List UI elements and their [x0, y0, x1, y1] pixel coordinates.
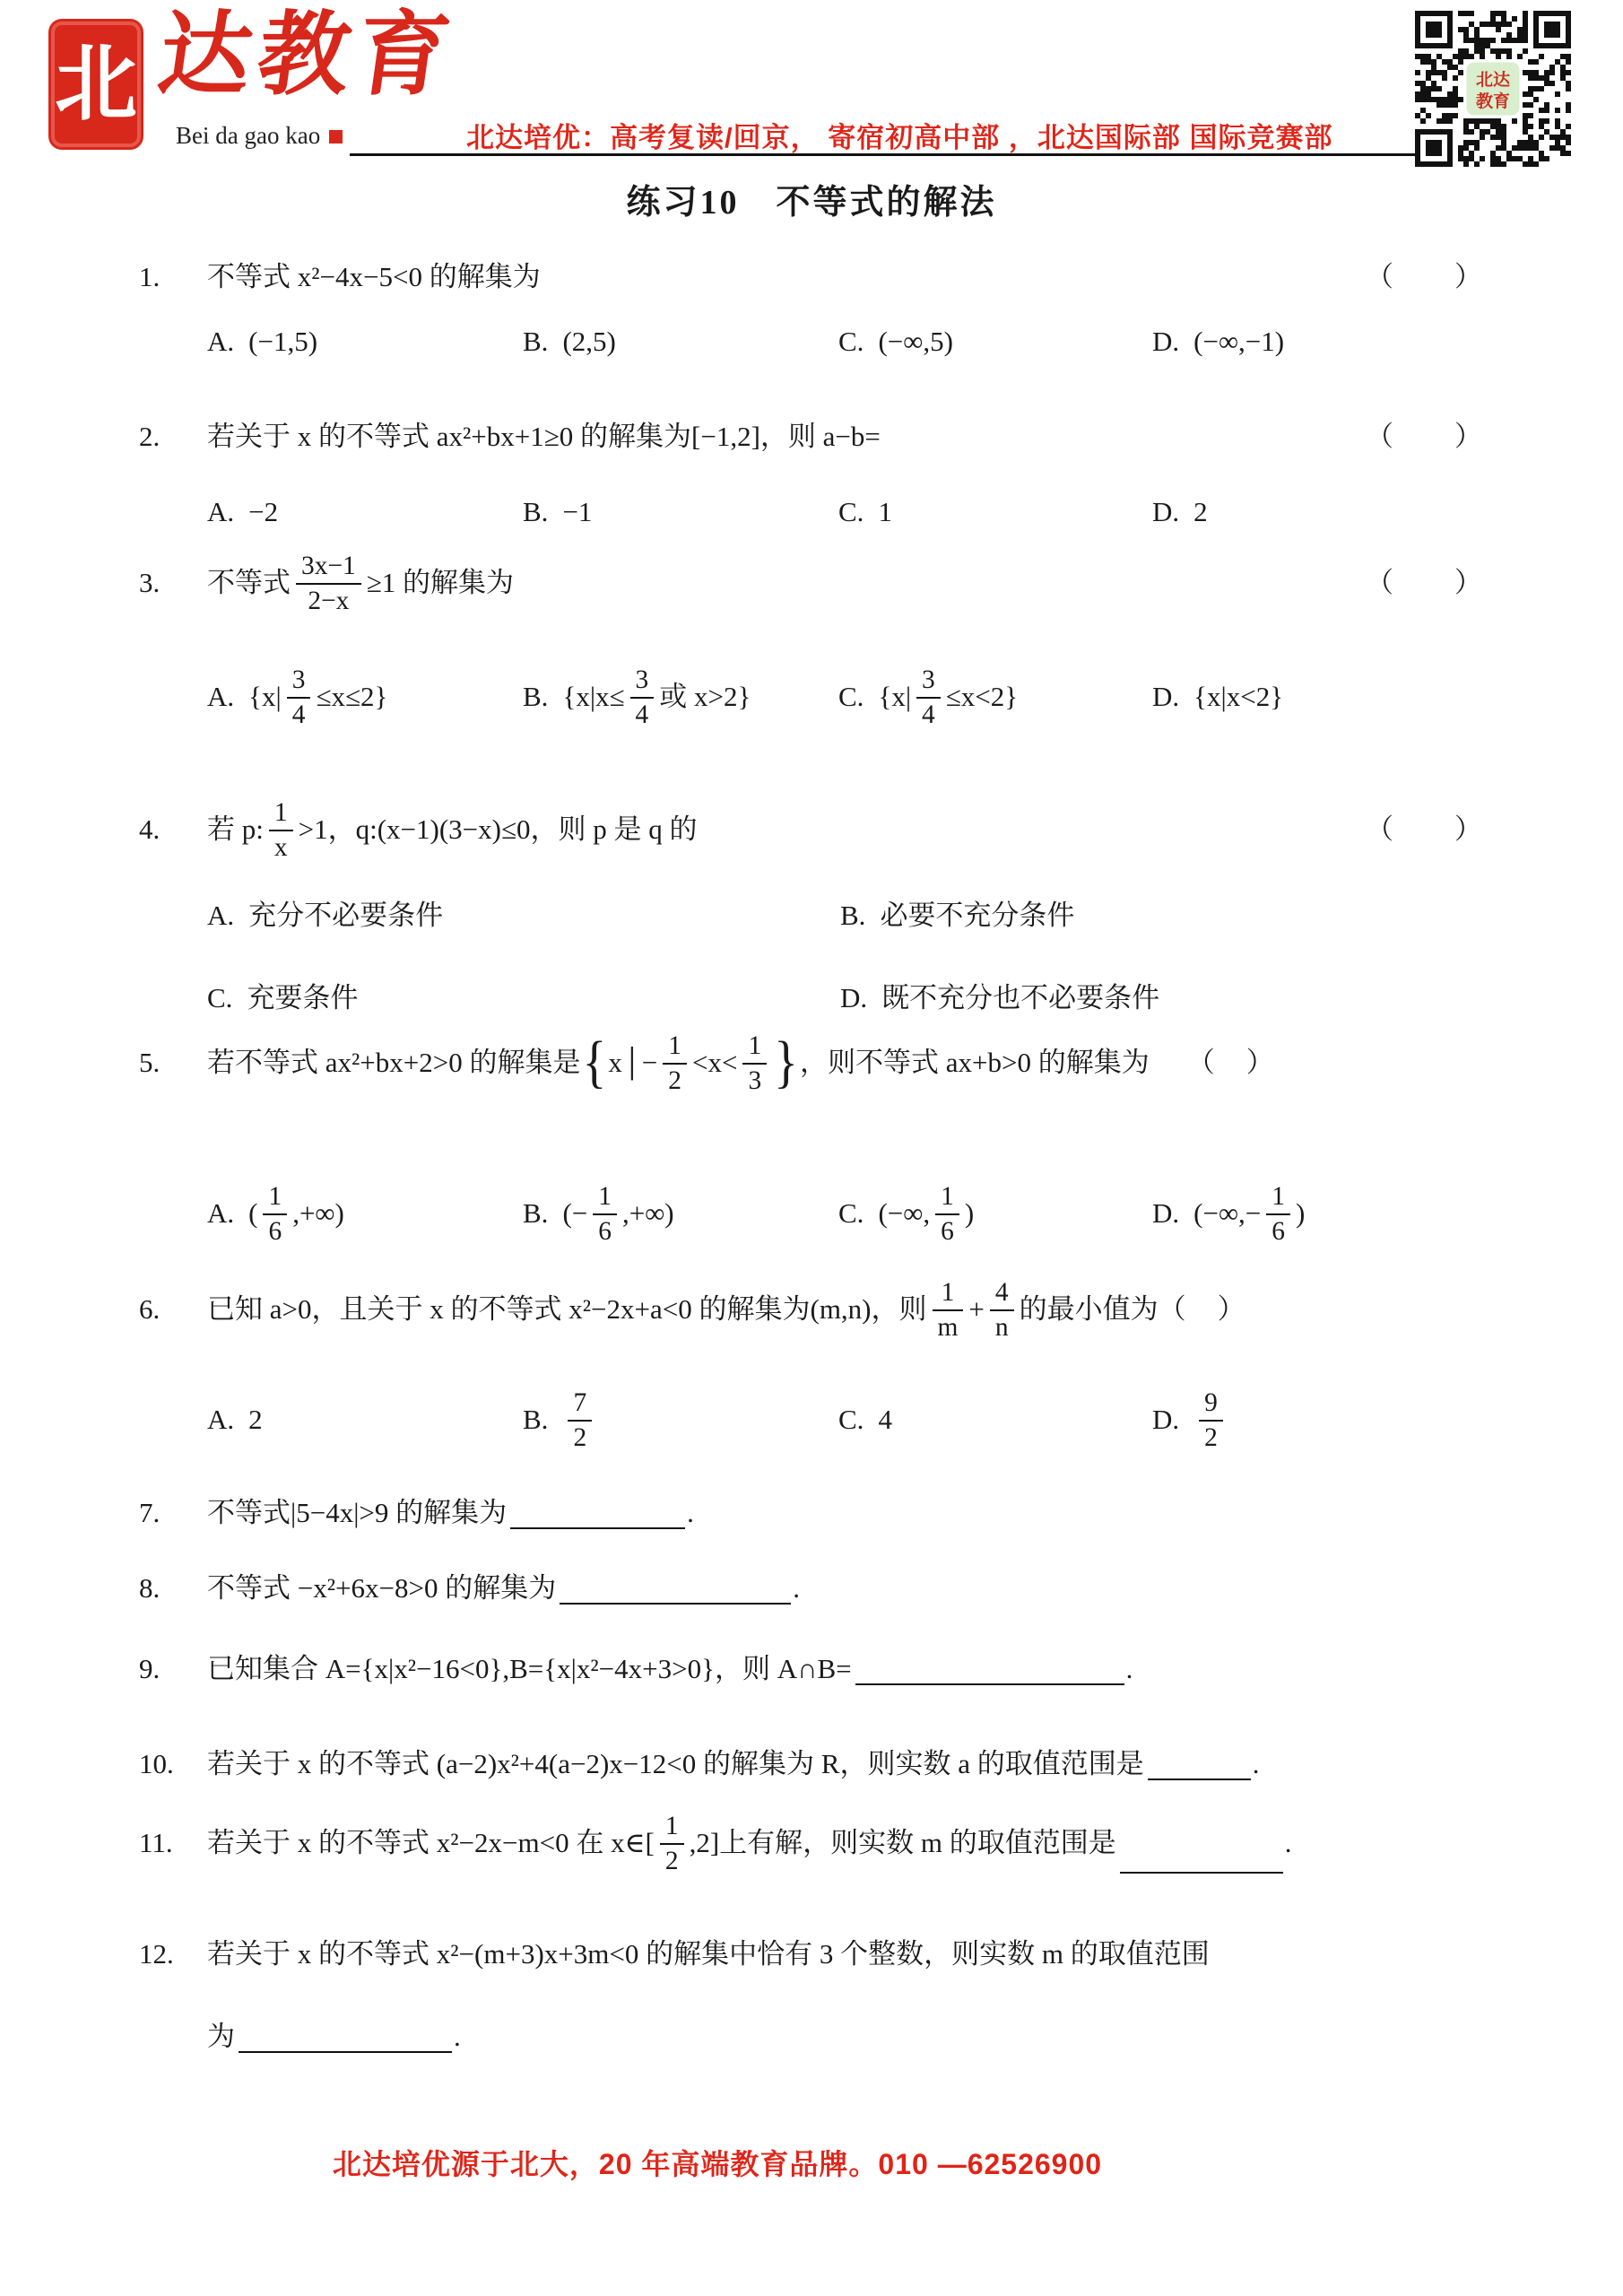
answer-blank	[855, 1653, 1124, 1685]
option-value: 2	[1193, 495, 1208, 530]
fraction-denominator: x	[269, 830, 293, 862]
option-label: B.	[523, 325, 548, 360]
question-4-options-row1: A.充分不必要条件 B.必要不充分条件	[139, 899, 1484, 934]
option-label: C.	[838, 1403, 864, 1438]
question-7-number: 7.	[139, 1496, 207, 1531]
question-5-text-pre: 若不等式 ax²+bx+2>0 的解集是	[207, 1046, 581, 1081]
question-4-stem: 4. 若 p: 1x >1，q:(x−1)(3−x)≤0，则 p 是 q 的 （…	[139, 798, 1484, 862]
qr-code: 北达 教育	[1415, 11, 1571, 167]
question-7-period: .	[687, 1496, 694, 1531]
option-label: C.	[838, 1196, 864, 1231]
fraction: 16	[935, 1182, 959, 1246]
option-value: 2	[248, 1403, 263, 1438]
fraction: 1x	[269, 798, 293, 862]
question-6-option-c: C.4	[838, 1388, 1152, 1452]
qr-center-badge: 北达 教育	[1465, 61, 1521, 117]
fraction: 34	[287, 665, 311, 729]
fraction: 34	[916, 665, 941, 729]
question-9-number: 9.	[139, 1652, 207, 1687]
question-1-option-b: B.(2,5)	[523, 325, 838, 360]
fraction-numerator: 7	[568, 1388, 592, 1420]
question-12-number: 12.	[139, 1937, 207, 1972]
question-2-option-c: C.1	[838, 495, 1152, 530]
question-1-stem: 1. 不等式 x²−4x−5<0 的解集为 （ ）	[139, 260, 1484, 295]
fraction-denominator: 6	[935, 1213, 959, 1246]
fraction-numerator: 1	[933, 1278, 964, 1309]
question-1-options: A.(−1,5) B.(2,5) C.(−∞,5) D.(−∞,−1)	[139, 325, 1484, 360]
question-3-option-b: B.{x|x≤ 34 或 x>2}	[523, 665, 838, 729]
option-label: C.	[838, 495, 864, 530]
fraction-numerator: 3	[916, 665, 941, 697]
answer-blank	[560, 1572, 791, 1605]
page-title: 练习10 不等式的解法	[0, 174, 1623, 223]
option-pre: {x|	[248, 680, 282, 715]
fraction: 1m	[933, 1278, 964, 1342]
question-7: 7. 不等式|5−4x|>9 的解集为 .	[139, 1496, 1560, 1531]
option-label: D.	[840, 981, 867, 1016]
option-pre: {x|x≤	[562, 680, 624, 715]
question-8-period: .	[793, 1571, 800, 1606]
fraction-denominator: 6	[1266, 1213, 1290, 1246]
option-label: A.	[207, 1196, 234, 1231]
fraction: 12	[663, 1031, 687, 1095]
fraction-denominator: m	[933, 1309, 964, 1342]
question-7-text: 不等式|5−4x|>9 的解集为	[207, 1496, 507, 1531]
fraction: 16	[593, 1182, 617, 1246]
option-label: A.	[207, 495, 234, 530]
question-4-text-pre: 若 p:	[207, 813, 264, 848]
fraction-numerator: 1	[593, 1182, 617, 1213]
option-label: C.	[207, 981, 232, 1016]
option-post: ,+∞)	[622, 1196, 674, 1231]
qr-center-label-line1: 北达	[1476, 69, 1510, 90]
question-5-set-pre: x│−	[608, 1046, 657, 1081]
option-label: B.	[840, 899, 865, 934]
question-8-text: 不等式 −x²+6x−8>0 的解集为	[207, 1571, 556, 1606]
brand-pinyin: Bei da gao kao	[176, 122, 343, 150]
question-9-period: .	[1126, 1652, 1133, 1687]
footer-slogan: 北达培优源于北大，20 年高端教育品牌。010 —62526900	[54, 2142, 1381, 2183]
fraction-numerator: 3	[630, 665, 655, 697]
question-10-number: 10.	[139, 1747, 207, 1782]
question-1-option-c: C.(−∞,5)	[838, 325, 1152, 360]
option-value: (−1,5)	[248, 325, 317, 360]
question-11-text-post: ,2]上有解，则实数 m 的取值范围是	[690, 1826, 1116, 1861]
question-10-text: 若关于 x 的不等式 (a−2)x²+4(a−2)x−12<0 的解集为 R，则…	[207, 1747, 1144, 1782]
header-tagline: 北达培优：高考复读/回京， 寄宿初高中部 ，北达国际部 国际竞赛部	[466, 115, 1332, 155]
fraction: 72	[568, 1388, 592, 1452]
fraction-denominator: 4	[287, 697, 311, 729]
fraction-numerator: 4	[990, 1278, 1014, 1309]
fraction-numerator: 3x−1	[296, 552, 361, 583]
question-4-options-row2: C.充要条件 D.既不充分也不必要条件	[139, 981, 1484, 1016]
question-1-answer-paren: （ ）	[1366, 260, 1484, 295]
fraction-numerator: 1	[935, 1182, 959, 1213]
fraction-denominator: 2	[663, 1063, 687, 1095]
question-12-line2: 为 .	[139, 2020, 1560, 2055]
fraction-denominator: 4	[630, 697, 655, 729]
question-12-period: .	[454, 2020, 461, 2055]
option-label: B.	[523, 1196, 548, 1231]
fraction-denominator: n	[990, 1309, 1014, 1342]
option-value: 充分不必要条件	[248, 899, 443, 934]
question-4-text-post: >1，q:(x−1)(3−x)≤0，则 p 是 q 的	[299, 813, 698, 848]
question-5-option-a: A.( 16 ,+∞)	[207, 1182, 523, 1246]
question-10-period: .	[1253, 1747, 1260, 1782]
fraction-denominator: 6	[263, 1213, 287, 1246]
fraction: 3x−12−x	[296, 552, 361, 615]
question-3-text-pre: 不等式	[207, 566, 291, 601]
red-square-icon	[329, 130, 343, 143]
option-label: C.	[838, 680, 864, 715]
question-5-text-post: ，则不等式 ax+b>0 的解集为	[800, 1046, 1150, 1081]
option-pre: (	[248, 1196, 257, 1231]
option-value: (−∞,5)	[878, 325, 952, 360]
option-label: A.	[207, 899, 234, 934]
question-2-stem: 2. 若关于 x 的不等式 ax²+bx+1≥0 的解集为[−1,2]，则 a−…	[139, 420, 1484, 455]
fraction: 34	[630, 665, 655, 729]
question-6-option-a: A.2	[207, 1388, 523, 1452]
option-post: ≤x≤2}	[316, 680, 387, 715]
fraction: 13	[742, 1031, 767, 1095]
question-8-number: 8.	[139, 1571, 207, 1606]
question-2-answer-paren: （ ）	[1366, 420, 1484, 455]
answer-blank	[1120, 1841, 1283, 1874]
question-8: 8. 不等式 −x²+6x−8>0 的解集为 .	[139, 1571, 1560, 1606]
question-10: 10. 若关于 x 的不等式 (a−2)x²+4(a−2)x−12<0 的解集为…	[139, 1747, 1560, 1782]
fraction-denominator: 6	[593, 1213, 617, 1246]
question-6-number: 6.	[139, 1292, 207, 1327]
question-5-option-d: D.(−∞,− 16 )	[1152, 1182, 1484, 1246]
option-post: )	[965, 1196, 974, 1231]
question-1-option-d: D.(−∞,−1)	[1152, 325, 1484, 360]
question-12-line1: 12. 若关于 x 的不等式 x²−(m+3)x+3m<0 的解集中恰有 3 个…	[139, 1937, 1560, 1972]
fraction: 92	[1199, 1388, 1223, 1452]
question-11-period: .	[1285, 1826, 1292, 1861]
question-1-option-a: A.(−1,5)	[207, 325, 523, 360]
question-12-text: 若关于 x 的不等式 x²−(m+3)x+3m<0 的解集中恰有 3 个整数，则…	[207, 1937, 1210, 1972]
fraction-numerator: 1	[663, 1031, 687, 1063]
fraction-numerator: 3	[287, 665, 311, 697]
option-value: (−∞,−1)	[1193, 325, 1284, 360]
question-2-number: 2.	[139, 420, 207, 455]
fraction-numerator: 1	[269, 798, 293, 830]
question-2-option-b: B.−1	[523, 495, 838, 530]
question-2-option-a: A.−2	[207, 495, 523, 530]
fraction-denominator: 2	[1199, 1420, 1223, 1452]
question-6-text-pre: 已知 a>0，且关于 x 的不等式 x²−2x+a<0 的解集为(m,n)，则	[207, 1292, 927, 1327]
qr-center-label-line2: 教育	[1476, 91, 1510, 111]
option-value: 1	[878, 495, 892, 530]
fraction-denominator: 4	[916, 697, 941, 729]
question-9-text: 已知集合 A={x|x²−16<0},B={x|x²−4x+3>0}，则 A∩B…	[207, 1652, 852, 1687]
question-1-number: 1.	[139, 260, 207, 295]
question-6-text-post: 的最小值为	[1020, 1292, 1159, 1327]
option-pre: {x|	[878, 680, 911, 715]
option-label: B.	[523, 1403, 548, 1438]
option-label: A.	[207, 325, 234, 360]
set-brace-close: }	[774, 1027, 798, 1099]
option-label: D.	[1152, 495, 1179, 530]
question-5-options: A.( 16 ,+∞) B.(− 16 ,+∞) C.(−∞, 16 ) D.(…	[139, 1182, 1484, 1246]
question-6-stem: 6. 已知 a>0，且关于 x 的不等式 x²−2x+a<0 的解集为(m,n)…	[139, 1278, 1560, 1342]
logo-seal-icon: 北	[51, 22, 141, 147]
option-post: ≤x<2}	[946, 680, 1018, 715]
option-value: −2	[248, 495, 278, 530]
question-6-option-b: B. 72	[523, 1388, 838, 1452]
question-2-option-d: D.2	[1152, 495, 1484, 530]
question-3-option-a: A.{x| 34 ≤x≤2}	[207, 665, 523, 729]
fraction-numerator: 9	[1199, 1388, 1223, 1420]
fraction-numerator: 1	[1266, 1182, 1290, 1213]
question-6-option-d: D. 92	[1152, 1388, 1484, 1452]
option-label: C.	[838, 325, 864, 360]
option-value: 充要条件	[247, 981, 358, 1016]
question-1-text: 不等式 x²−4x−5<0 的解集为	[207, 260, 541, 295]
worksheet-page: 北 达教育 Bei da gao kao 北达培优：高考复读/回京， 寄宿初高中…	[0, 0, 1623, 2296]
question-2-text: 若关于 x 的不等式 ax²+bx+1≥0 的解集为[−1,2]，则 a−b=	[207, 420, 881, 455]
fraction-denominator: 2−x	[296, 583, 361, 615]
fraction: 4n	[990, 1278, 1014, 1342]
question-12-text-line2: 为	[207, 2020, 235, 2055]
question-5-stem: 5. 若不等式 ax²+bx+2>0 的解集是 { x│− 12 <x< 13 …	[139, 1031, 1560, 1095]
option-value: {x|x<2}	[1193, 680, 1283, 715]
option-pre: (−∞,−	[1193, 1196, 1261, 1231]
option-value: 既不充分也不必要条件	[881, 981, 1159, 1016]
fraction-denominator: 2	[568, 1420, 592, 1452]
option-post: ,+∞)	[292, 1196, 344, 1231]
question-4-option-b: B.必要不充分条件	[840, 899, 1484, 934]
option-label: A.	[207, 680, 234, 715]
fraction: 16	[263, 1182, 287, 1246]
question-3-stem: 3. 不等式 3x−12−x ≥1 的解集为 （ ）	[139, 552, 1484, 615]
question-5-option-b: B.(− 16 ,+∞)	[523, 1182, 838, 1246]
question-3-number: 3.	[139, 566, 207, 601]
question-3-option-c: C.{x| 34 ≤x<2}	[838, 665, 1152, 729]
option-label: D.	[1152, 680, 1179, 715]
question-2-options: A.−2 B.−1 C.1 D.2	[139, 495, 1484, 530]
question-6-answer-paren: （ ）	[1159, 1292, 1247, 1327]
fraction-numerator: 1	[660, 1812, 684, 1843]
question-11-text-pre: 若关于 x 的不等式 x²−2x−m<0 在 x∈[	[207, 1826, 655, 1861]
fraction-numerator: 1	[263, 1182, 287, 1213]
question-4-option-d: D.既不充分也不必要条件	[840, 981, 1484, 1016]
logo-seal-char: 北	[55, 43, 137, 126]
option-value: 必要不充分条件	[880, 899, 1074, 934]
header-rule	[350, 153, 1417, 156]
question-4-option-a: A.充分不必要条件	[207, 899, 840, 934]
option-label: A.	[207, 1403, 234, 1438]
question-4-option-c: C.充要条件	[207, 981, 840, 1016]
question-11-number: 11.	[139, 1826, 207, 1861]
question-6-text-mid: +	[968, 1292, 984, 1327]
option-post: )	[1296, 1196, 1305, 1231]
option-value: (2,5)	[562, 325, 615, 360]
option-label: B.	[523, 680, 548, 715]
option-pre: (−∞,	[878, 1196, 930, 1231]
option-pre: (−	[562, 1196, 587, 1231]
question-4-number: 4.	[139, 813, 207, 848]
answer-blank	[510, 1497, 685, 1529]
brand-pinyin-text: Bei da gao kao	[176, 122, 320, 149]
fraction-denominator: 3	[742, 1063, 767, 1095]
question-3-option-d: D.{x|x<2}	[1152, 665, 1484, 729]
question-3-options: A.{x| 34 ≤x≤2} B.{x|x≤ 34 或 x>2} C.{x| 3…	[139, 665, 1484, 729]
brand-wordmark: 达教育	[152, 2, 463, 111]
question-11: 11. 若关于 x 的不等式 x²−2x−m<0 在 x∈[ 12 ,2]上有解…	[139, 1812, 1560, 1875]
question-9: 9. 已知集合 A={x|x²−16<0},B={x|x²−4x+3>0}，则 …	[139, 1652, 1560, 1687]
question-5-option-c: C.(−∞, 16 )	[838, 1182, 1152, 1246]
fraction-denominator: 2	[660, 1843, 684, 1875]
question-5-set-mid: <x<	[692, 1046, 737, 1081]
fraction: 12	[660, 1812, 684, 1875]
question-4-answer-paren: （ ）	[1366, 813, 1484, 848]
option-label: B.	[523, 495, 548, 530]
question-5-answer-paren: （ ）	[1187, 1046, 1276, 1081]
option-post: 或 x>2}	[659, 680, 751, 715]
fraction-numerator: 1	[742, 1031, 767, 1063]
option-label: D.	[1152, 1196, 1179, 1231]
option-value: −1	[562, 495, 592, 530]
question-6-options: A.2 B. 72 C.4 D. 92	[139, 1388, 1484, 1452]
answer-blank	[1148, 1748, 1251, 1780]
question-3-answer-paren: （ ）	[1366, 566, 1484, 601]
question-3-text-post: ≥1 的解集为	[367, 566, 514, 601]
option-label: D.	[1152, 1403, 1179, 1438]
fraction: 16	[1266, 1182, 1290, 1246]
answer-blank	[239, 2021, 452, 2053]
question-5-number: 5.	[139, 1046, 207, 1081]
option-value: 4	[878, 1403, 892, 1438]
option-label: D.	[1152, 325, 1179, 360]
set-brace-open: {	[583, 1027, 607, 1099]
